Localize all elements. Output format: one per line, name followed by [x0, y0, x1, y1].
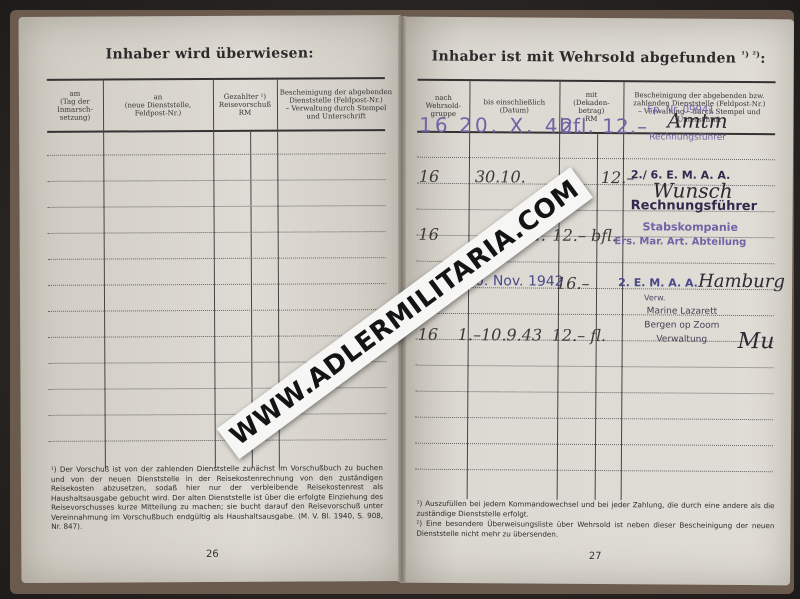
column-divider [621, 80, 625, 500]
right-footnote-1: ¹) Auszufüllen bei jedem Kommandowechsel… [416, 499, 774, 520]
entry-3-gruppe: 16 [418, 225, 438, 244]
col-an: an (neue Dienststelle, Feldpost-Nr.) [103, 80, 213, 131]
right-footnote-2: ²) Eine besondere Überweisungsliste über… [416, 519, 774, 540]
row-line [48, 205, 386, 208]
page-number-left: 26 [21, 548, 403, 561]
row-line [47, 153, 385, 156]
right-page-title: Inhaber ist mit Wehrsold abgefunden ¹) ²… [404, 47, 794, 67]
entry-4-stamp2: Verw. [644, 293, 665, 302]
entry-5-gruppe: 16 [418, 325, 438, 344]
col-am: am (Tag der Inmarsch- setzung) [47, 81, 103, 131]
column-divider [213, 78, 216, 468]
entry-1-signature: Amtm [667, 108, 728, 132]
entry-4-signature: Hamburg [698, 271, 785, 293]
entry-1-gruppe: 16 [419, 113, 451, 137]
column-divider [103, 79, 106, 469]
row-line [48, 231, 386, 234]
right-title-footnote-refs: ¹) ²) [741, 49, 760, 59]
right-title-text: Inhaber ist mit Wehrsold abgefunden [432, 48, 737, 66]
entry-1-betrag: bfl. 12.– [559, 114, 648, 139]
entry-3-betrag: 12.– bfl. [552, 226, 617, 245]
left-page: Inhaber wird überwiesen: am (Tag der Inm… [19, 15, 404, 583]
row-line [49, 413, 387, 416]
row-line [49, 439, 387, 442]
right-title-colon: : [760, 51, 766, 67]
row-line [48, 283, 386, 286]
row-line [47, 179, 385, 182]
entry-4-betrag: 16.– [556, 274, 590, 293]
entry-4-stamp: 2. E. M. A. A. [618, 276, 698, 290]
entry-2-datum: 30.10. [475, 167, 526, 186]
entry-2-gruppe: 16 [419, 167, 439, 186]
entry-2-betrag: 12.– [601, 168, 635, 187]
left-table: am (Tag der Inmarsch- setzung) an (neue … [47, 77, 387, 469]
row-line [48, 309, 386, 312]
left-page-title: Inhaber wird überwiesen: [19, 45, 401, 63]
entry-2-signature: Wunsch [653, 178, 733, 203]
entry-3-stamp2: Ers. Mar. Art. Abteilung [614, 236, 746, 248]
entry-5-stamp: Marine Lazarett [632, 306, 732, 317]
entry-5-datum: 1.–10.9.43 [458, 325, 542, 345]
right-page: Inhaber ist mit Wehrsold abgefunden ¹) ²… [400, 17, 794, 586]
entry-5-stamp3: Verwaltung [632, 334, 732, 345]
entry-1-stamp2: Rechnungsführer [649, 132, 726, 143]
entry-3-stamp: Stabskompanie [642, 220, 738, 234]
row-line [48, 335, 386, 338]
col-reisevorschuss: Gezahlter ¹) Reisevorschuß RM [213, 80, 277, 130]
page-number-right: 27 [400, 550, 790, 564]
left-table-header: am (Tag der Inmarsch- setzung) an (neue … [47, 77, 385, 133]
entry-5-stamp2: Bergen op Zoom [632, 320, 732, 331]
row-line [48, 257, 386, 260]
left-footnote: ¹) Der Vorschuß ist von der zahlenden Di… [51, 463, 383, 531]
entry-5-signature: Mu [738, 329, 775, 354]
col-bescheinigung: Bescheinigung der abgebenden Dienststell… [277, 79, 395, 130]
entry-5-betrag: 12.– fl. [552, 326, 606, 345]
